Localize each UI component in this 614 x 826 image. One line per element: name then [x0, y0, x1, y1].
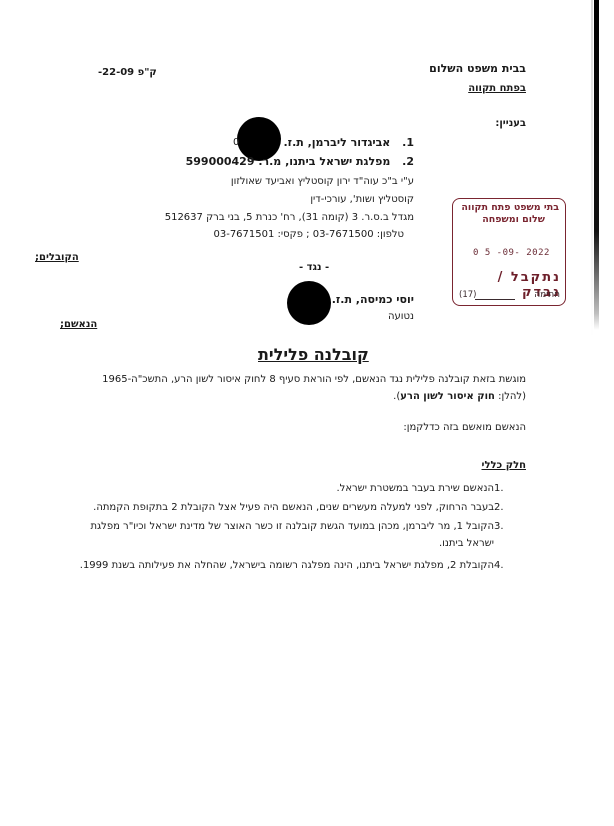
scan-edge	[594, 0, 599, 330]
complainant-2: 2. מפלגת ישראל ביתנו, מ.ר. 599000429	[186, 155, 414, 168]
redacted-id-fragment: 0	[233, 137, 239, 148]
intro-line-2: (להלן: חוק איסור לשון הרע).	[393, 391, 526, 402]
document-title: קובלנה פלילית	[258, 345, 369, 364]
counsel-address: מגדל ב.ס.ר. 3 (קומה 31), רח' כנרת 5, בני…	[165, 212, 414, 223]
scan-edge-shadow	[591, 0, 593, 340]
complainants-label: הקובלים;	[35, 252, 79, 263]
case-number: ק"פ 22-09-	[98, 67, 157, 78]
redaction-mark	[287, 281, 331, 325]
counsel-line-1: ע"י ב"כ עוה"ד ירון קוסטליץ ואביעד שאולזו…	[231, 176, 414, 187]
intro-line-1: מוגשת בזאת קובלנה פלילית נגד הנאשם, לפי …	[102, 374, 526, 385]
complainant-1: 1. אביגדור ליברמן, ת.ז.	[284, 136, 415, 149]
defendant-address: נטועה	[388, 311, 414, 322]
matter-label: בעניין:	[495, 118, 526, 129]
court-received-stamp: בתי משפט פתח תקווה שלום ומשפחה 0 5 -09- …	[452, 198, 566, 306]
court-location: בפתח תקווה	[468, 83, 526, 94]
defendant-label: הנאשם;	[60, 319, 97, 330]
defendant-name: יוסי כמיסה, ת.ז.	[332, 293, 414, 306]
counsel-line-2: קוסטליץ ושות', עורכי-דין	[310, 194, 414, 205]
section-heading: חלק כללי	[482, 460, 526, 471]
versus-label: - נגד -	[299, 262, 329, 273]
accusation-line: הנאשם מואשם בזה כדלקמן:	[403, 422, 526, 433]
court-name: בבית משפט השלום	[429, 62, 526, 75]
counsel-phone: טלפון: 03-7671500 ; פקסי: 03-7671501	[213, 229, 404, 240]
